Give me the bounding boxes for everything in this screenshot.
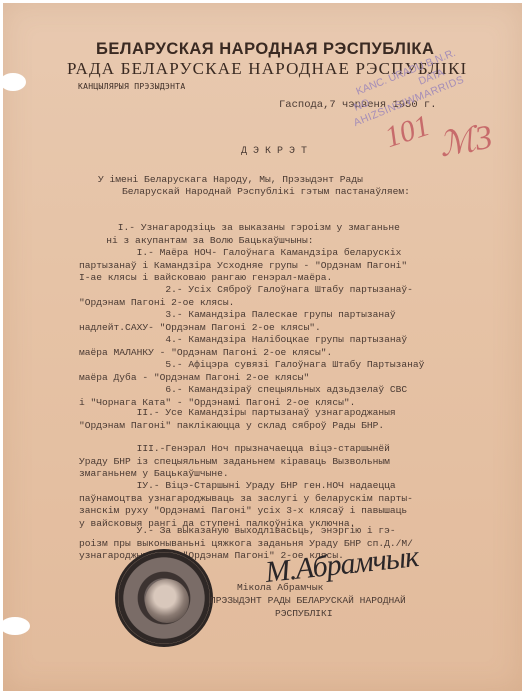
punch-hole-top	[0, 73, 26, 91]
decree-title: Д Э К Р Э Т	[241, 146, 307, 158]
letterhead-line3: КАНЦЫЛЯРЫЯ ПРЭЗЫДЭНТА	[78, 82, 185, 91]
preamble-line1: У імені Беларускага Народу, Мы, Прэзыдэн…	[98, 174, 363, 186]
document-page: БЕЛАРУСКАЯ НАРОДНАЯ РЭСПУБЛІКА РАДА БЕЛА…	[3, 3, 522, 691]
handwritten-mark: ℳ3	[436, 117, 495, 166]
section-2: ІІ.- Усе Камандзіры партызанаў узнагарод…	[79, 395, 396, 432]
signer-title-line2: РЭСПУБЛІКІ	[275, 608, 333, 620]
punch-hole-bottom	[0, 617, 30, 635]
preamble-line2: Беларускай Народнай Рэспублікі гэтым пас…	[122, 186, 410, 198]
signer-name: Мікола Абрамчык	[237, 582, 323, 594]
pahonia-emblem-icon	[145, 579, 189, 623]
official-seal	[115, 549, 213, 647]
letterhead-line1: БЕЛАРУСКАЯ НАРОДНАЯ РЭСПУБЛІКА	[96, 40, 434, 59]
signer-title-line1: ПРЭЗЫДЭНТ РАДЫ БЕЛАРУСКАЙ НАРОДНАЙ	[210, 595, 406, 607]
